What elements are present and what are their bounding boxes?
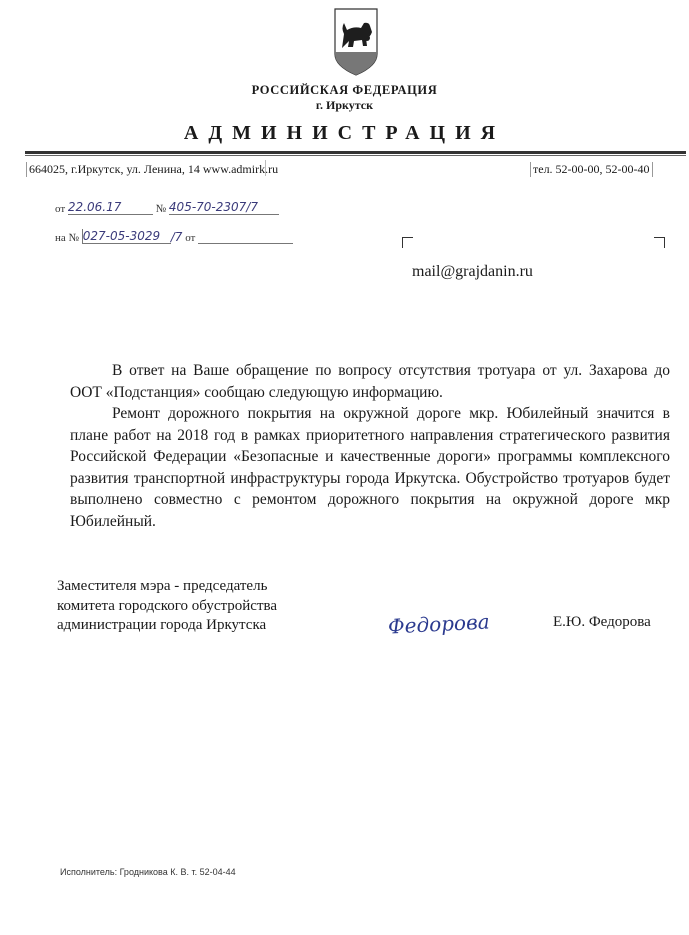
address-separator <box>265 160 266 176</box>
header-divider <box>25 151 686 154</box>
reply-registration: на № 027-05-3029/7 от <box>55 229 293 244</box>
organization-phone: тел. 52-00-00, 52-00-40 <box>530 162 653 177</box>
date-label: от <box>55 203 65 215</box>
letter-body: В ответ на Ваше обращение по вопросу отс… <box>70 360 670 532</box>
signer-name: Е.Ю. Федорова <box>553 614 651 631</box>
reply-date-label: от <box>185 232 195 244</box>
reply-number-label: на № <box>55 232 79 244</box>
number-label: № <box>156 203 167 215</box>
reply-number-suffix: /7 <box>171 230 183 244</box>
country-heading: РОССИЙСКАЯ ФЕДЕРАЦИЯ <box>0 83 689 98</box>
signer-title: Заместителя мэра - председатель комитета… <box>57 577 277 636</box>
signer-title-line: Заместителя мэра - председатель <box>57 577 277 597</box>
body-paragraph: В ответ на Ваше обращение по вопросу отс… <box>70 360 670 403</box>
reply-date-field <box>198 231 293 244</box>
organization-title: АДМИНИСТРАЦИЯ <box>0 122 689 145</box>
irkutsk-coat-of-arms-icon <box>334 8 378 76</box>
body-paragraph: Ремонт дорожного покрытия на окружной до… <box>70 403 670 532</box>
city-heading: г. Иркутск <box>0 98 689 113</box>
outgoing-date-field: 22.06.17 <box>68 200 153 215</box>
handwritten-signature: Федорова <box>387 609 490 638</box>
recipient-email: mail@grajdanin.ru <box>412 263 533 281</box>
organization-address: 664025, г.Иркутск, ул. Ленина, 14 www.ad… <box>26 162 278 177</box>
signer-title-line: комитета городского обустройства <box>57 597 277 617</box>
address-corner-top-right <box>654 237 665 248</box>
signer-title-line: администрации города Иркутска <box>57 616 277 636</box>
reply-number-field: 027-05-3029 <box>82 229 171 244</box>
address-corner-top-left <box>402 237 413 248</box>
outgoing-number-field: 405-70-2307/7 <box>169 200 279 215</box>
outgoing-registration: от 22.06.17 № 405-70-2307/7 <box>55 200 279 215</box>
executor-info: Исполнитель: Гродникова К. В. т. 52-04-4… <box>60 867 236 877</box>
header-divider-thin <box>25 155 686 156</box>
